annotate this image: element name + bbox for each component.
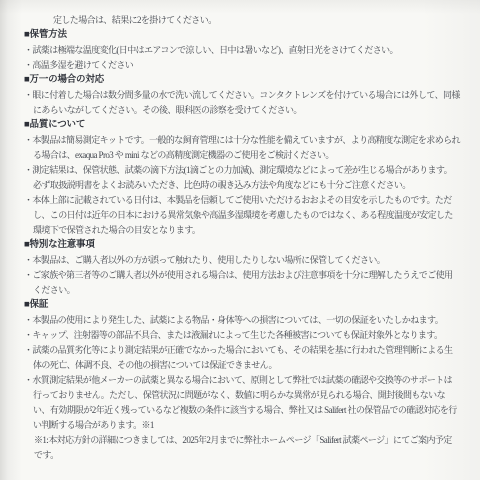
document-text-block: 定した場合は、結果に2を掛けてください。 ■保管方法 ・試薬は極端な温度変化(日… <box>24 13 460 463</box>
bullet-item: ・本製品は、ご購入者以外の方が誤って触れたり、使用したりしない場所に保管してくだ… <box>24 253 460 268</box>
bullet-item: ・高温多湿を避けてください <box>24 58 460 73</box>
bullet-item: ・ご家族や第三者等のご購入者以外が使用される場合は、使用方法および注意事項を十分… <box>24 268 460 298</box>
section-heading-special-notes: ■特別な注意事項 <box>24 238 460 253</box>
bullet-item: ・測定結果は、保管状態、試薬の滴下方法(1滴ごとの力加減)、測定環境などによって… <box>24 163 460 193</box>
bullet-item: ・試薬の品質劣化等により測定結果が正確でなかった場合においても、その結果を基に行… <box>24 343 460 373</box>
footnote-line: ※1:本対応方針の詳細につきましては、2025年2月までに弊社ホームページ「Sa… <box>24 433 460 463</box>
section-heading-storage: ■保管方法 <box>24 28 460 43</box>
bullet-item: ・本製品は簡易測定キットです。一般的な飼育管理には十分な性能を備えていますが、よ… <box>24 133 460 163</box>
bullet-item: ・眼に付着した場合は数分間多量の水で洗い流してください。コンタクトレンズを付けて… <box>24 88 460 118</box>
bullet-item: ・本製品の使用により発生した、試薬による物品・身体等への損害については、一切の保… <box>24 313 460 328</box>
scanned-document-page: 定した場合は、結果に2を掛けてください。 ■保管方法 ・試薬は極端な温度変化(日… <box>0 0 480 480</box>
continuation-line: 定した場合は、結果に2を掛けてください。 <box>24 13 460 28</box>
bullet-item: ・試薬は極端な温度変化(日中はエアコンで涼しい、日中は暑いなど)、直射日光をさけ… <box>24 43 460 58</box>
bullet-item: ・キャップ、注射器等の部品不具合、または液漏れによって生じた各種被害についても保… <box>24 328 460 343</box>
bullet-item: ・水質測定結果が他メーカーの試薬と異なる場合において、原則として弊社では試薬の確… <box>24 373 460 433</box>
section-heading-quality: ■品質について <box>24 118 460 133</box>
bullet-item: ・本体上部に記載されている日付は、本製品を信頼してご使用いただけるおおよその目安… <box>24 193 460 238</box>
section-heading-warranty: ■保証 <box>24 298 460 313</box>
section-heading-emergency: ■万一の場合の対応 <box>24 73 460 88</box>
